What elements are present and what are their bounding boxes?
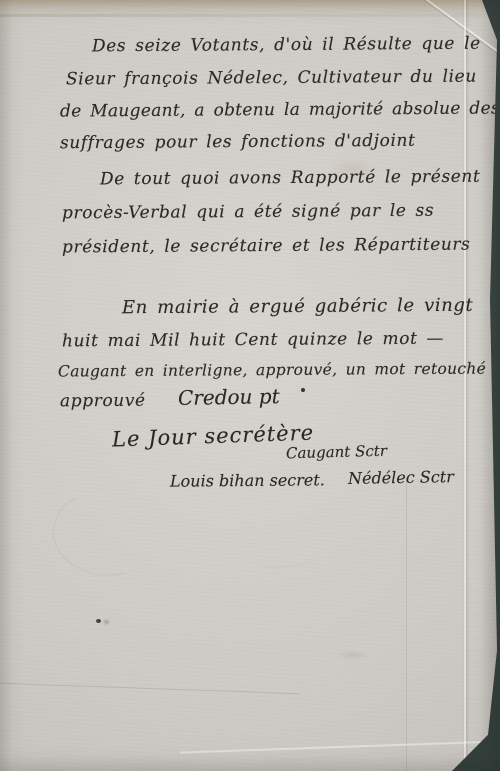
ink-bleed-through xyxy=(249,536,322,571)
ink-speck xyxy=(96,619,101,623)
document-photo: Des seize Votants, d'où il Résulte que l… xyxy=(0,0,500,771)
paper-fold-top xyxy=(0,14,500,17)
signature-nedelec: Nédélec Sctr xyxy=(348,467,454,488)
manuscript-page: Des seize Votants, d'où il Résulte que l… xyxy=(0,0,500,771)
paper-crease-lower-vertical xyxy=(406,480,407,771)
ink-speck xyxy=(301,388,305,392)
manuscript-line: Des seize Votants, d'où il Résulte que l… xyxy=(92,35,481,57)
signature-lejour: Le Jour secrétère xyxy=(112,420,315,451)
signature-bihan: Louis bihan secret. xyxy=(170,470,325,490)
manuscript-line: En mairie à ergué gabéric le vingt xyxy=(122,296,473,319)
manuscript-line: suffrages pour les fonctions d'adjoint xyxy=(60,132,416,154)
signature-credou: Credou pt xyxy=(178,384,280,410)
manuscript-line: huit mai Mil huit Cent quinze le mot — xyxy=(62,330,444,352)
manuscript-line: approuvé xyxy=(60,392,146,412)
paper-stain xyxy=(336,650,370,660)
manuscript-line: De tout quoi avons Rapporté le présent xyxy=(100,168,481,190)
manuscript-line: Sieur françois Nédelec, Cultivateur du l… xyxy=(66,68,477,90)
signature-caugant: Caugant Sctr xyxy=(286,442,387,463)
manuscript-line: président, le secrétaire et les Répartit… xyxy=(62,236,471,258)
manuscript-line: procès-Verbal qui a été signé par le ss xyxy=(62,202,434,224)
manuscript-line: de Maugeant, a obtenu la majorité absolu… xyxy=(60,99,500,122)
paper-crease-bottom-left xyxy=(0,683,300,694)
manuscript-line: Caugant en interligne, approuvé, un mot … xyxy=(58,361,486,382)
ink-bleed-through xyxy=(41,482,163,592)
paper-crease-bottom-right xyxy=(180,740,500,753)
